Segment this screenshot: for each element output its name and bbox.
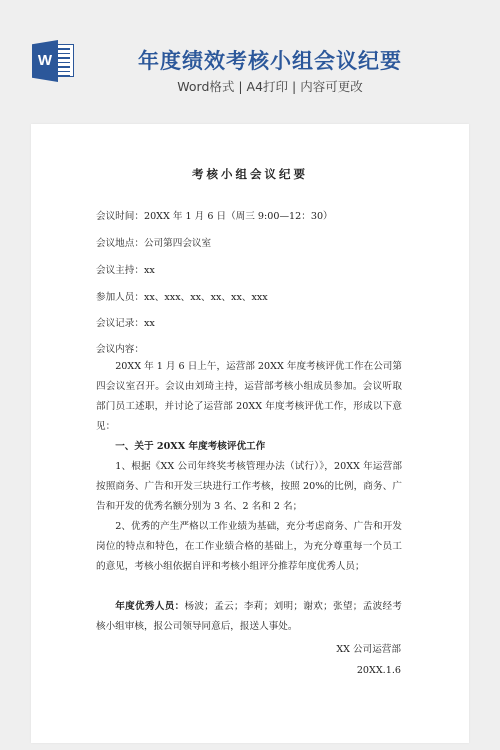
meeting-recorder: 会议记录：xx [96, 315, 155, 329]
meeting-content-label: 会议内容： [96, 341, 144, 355]
page-header: W 年度绩效考核小组会议纪要 Word格式 | A4打印 | 内容可更改 [0, 0, 500, 110]
intro-paragraph: 20XX 年 1 月 6 日上午，运营部 20XX 年度考核评优工作在公司第四会… [96, 357, 402, 437]
document-title: 考核小组会议纪要 [31, 166, 469, 182]
meeting-time: 会议时间：20XX 年 1 月 6 日（周三 9:00—12：30） [96, 208, 333, 222]
item-1-paragraph: 1、根据《XX 公司年终奖考核管理办法（试行）》，20XX 年运营部按照商务、广… [96, 457, 402, 517]
meeting-attendees: 参加人员：xx、xxx、xx、xx、xx、xxx [96, 289, 268, 303]
page-title: 年度绩效考核小组会议纪要 [0, 45, 500, 75]
excellent-staff-label: 年度优秀人员： [115, 601, 184, 612]
meeting-host: 会议主持：xx [96, 262, 155, 276]
meeting-location: 会议地点：公司第四会议室 [96, 235, 211, 249]
document-date: 20XX.1.6 [357, 665, 401, 676]
item-2-paragraph: 2、优秀的产生严格以工作业绩为基础，充分考虑商务、广告和开发岗位的特点和特色，在… [96, 517, 402, 577]
section-heading: 一、关于 20XX 年度考核评优工作 [96, 437, 402, 457]
signature: XX 公司运营部 [336, 641, 401, 655]
document-page: 考核小组会议纪要 会议时间：20XX 年 1 月 6 日（周三 9:00—12：… [31, 124, 469, 743]
page-subtitle: Word格式 | A4打印 | 内容可更改 [0, 77, 500, 95]
excellent-staff-paragraph: 年度优秀人员：杨波；孟云；李莉；刘明；谢欢；张望；孟波经考核小组审核，报公司领导… [96, 597, 402, 637]
